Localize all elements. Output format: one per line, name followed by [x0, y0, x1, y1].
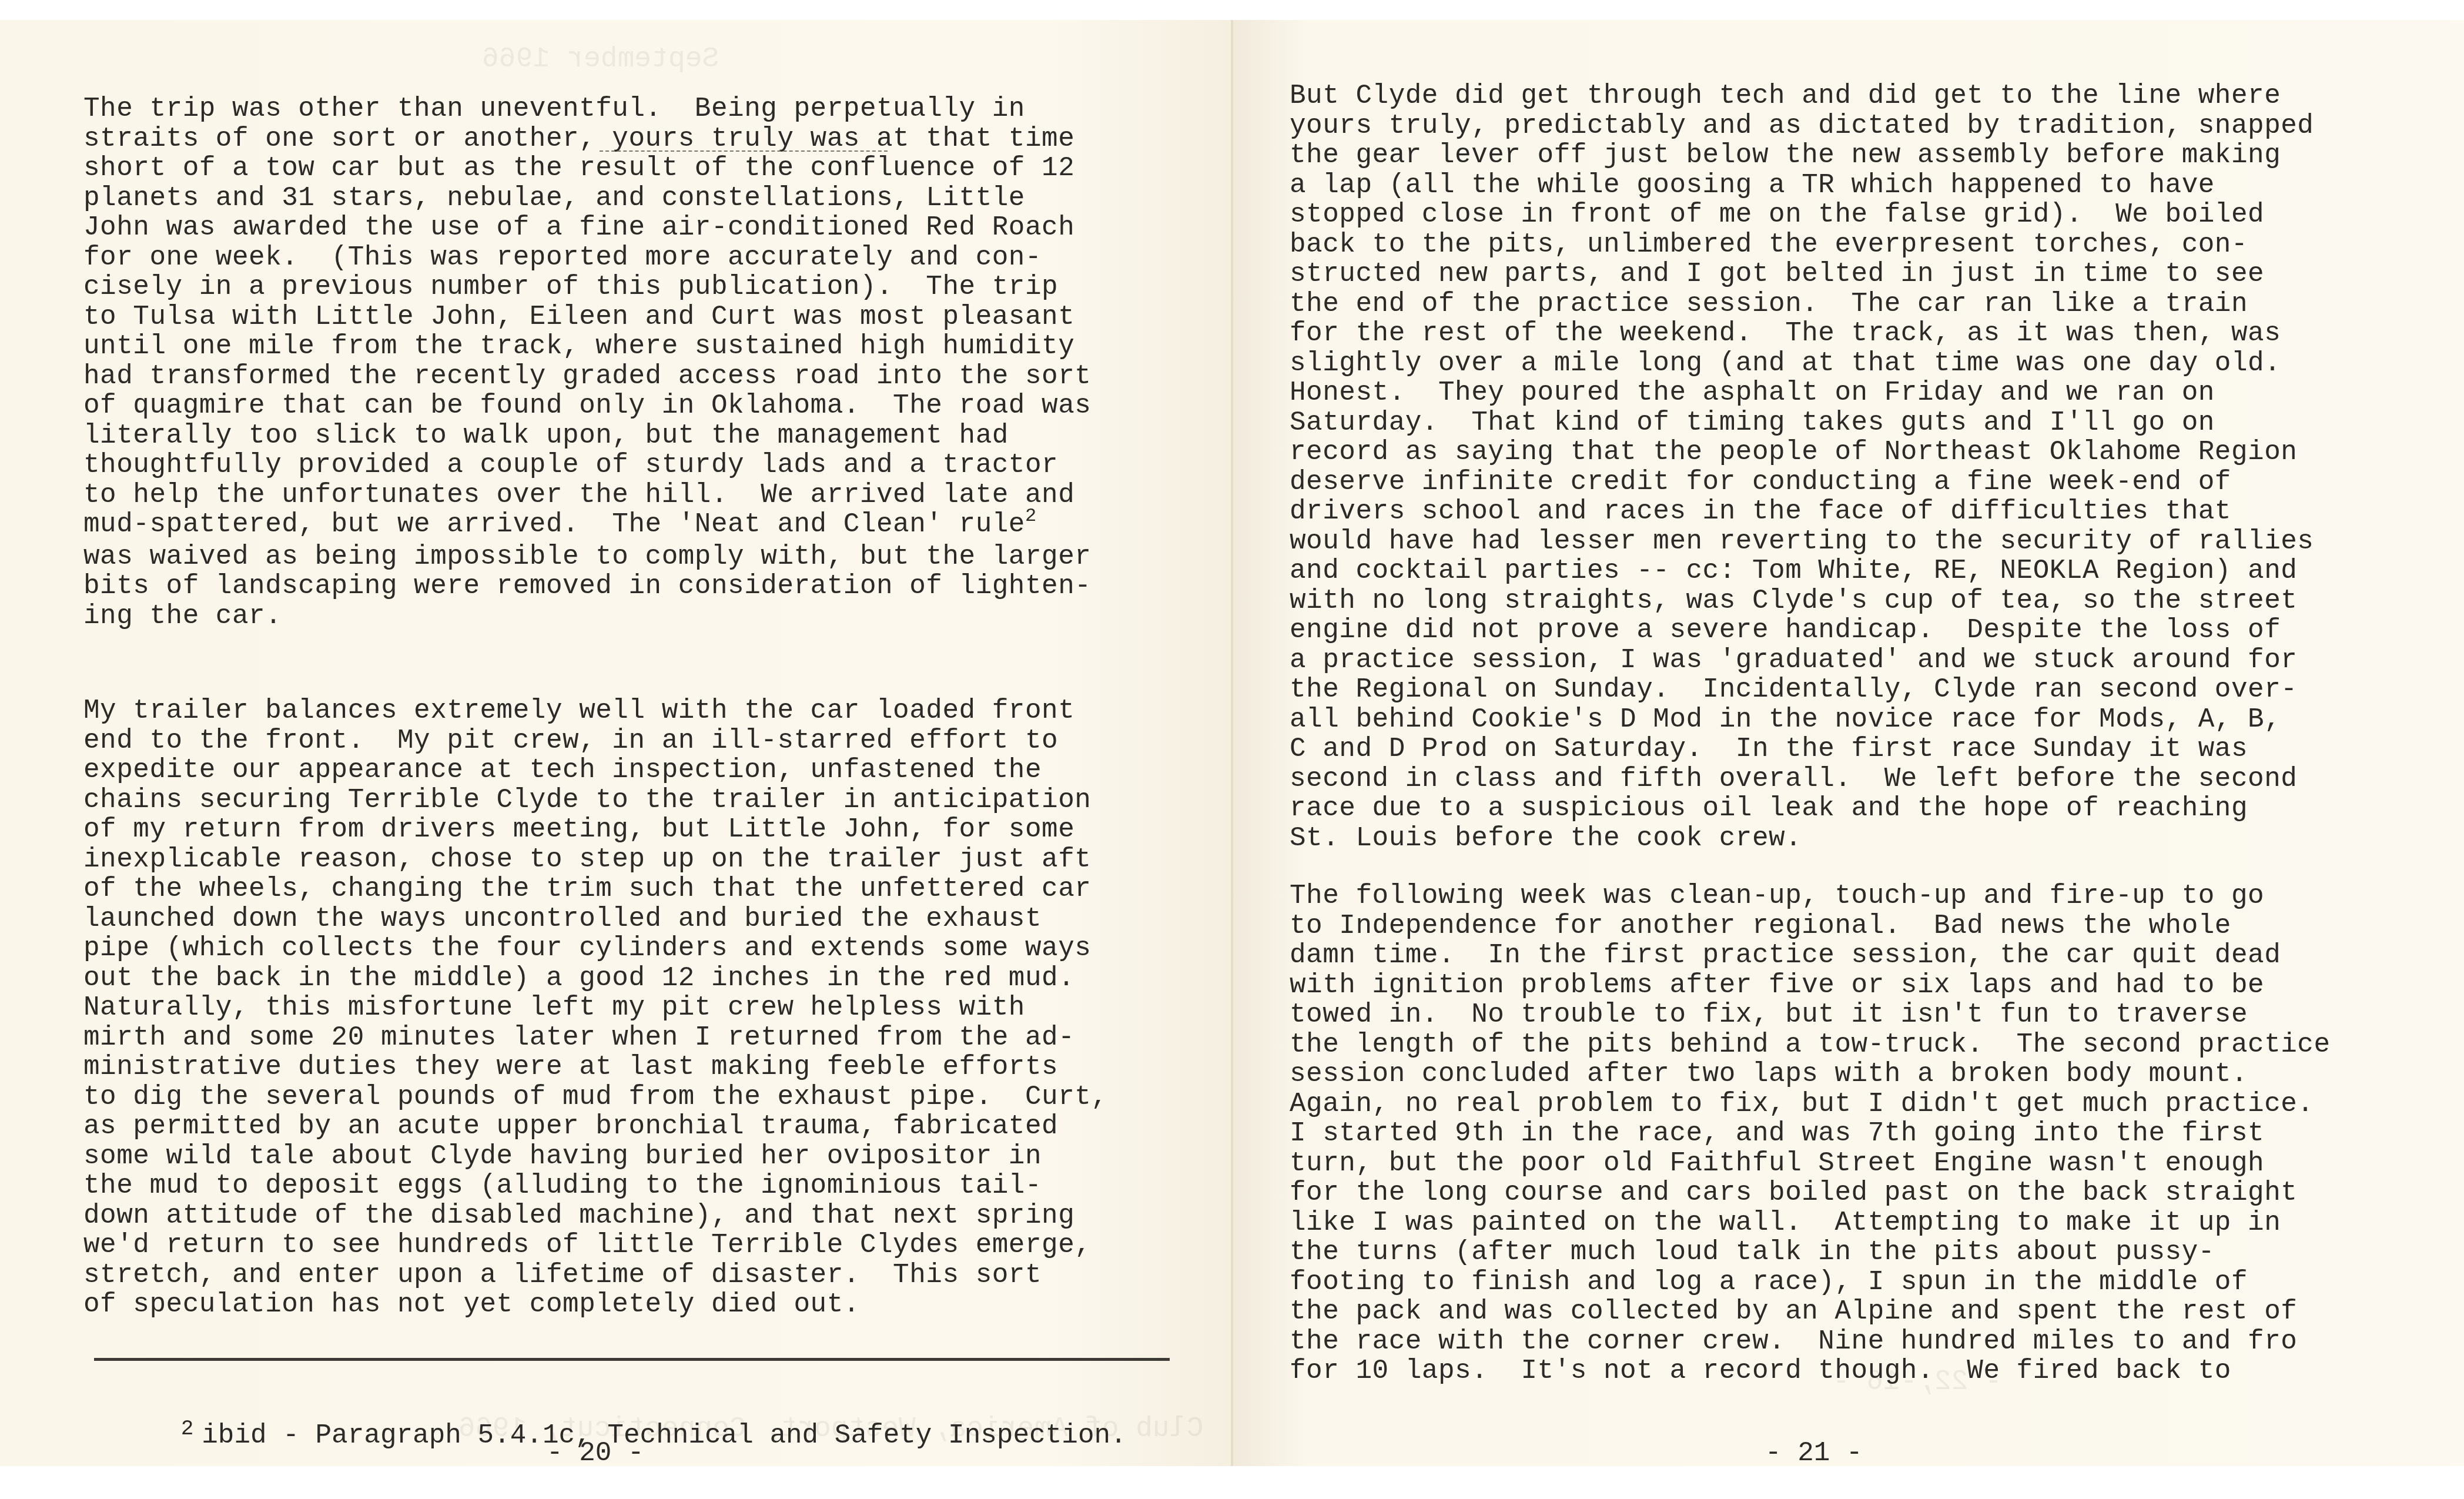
- text-line: yours truly, predictably and as dictated…: [1290, 111, 2314, 141]
- text-line: C and D Prod on Saturday. In the first r…: [1290, 734, 2314, 764]
- text-line: ing the car.: [83, 601, 1091, 631]
- text-line: had transformed the recently graded acce…: [83, 362, 1091, 392]
- text-line: pipe (which collects the four cylinders …: [83, 933, 1107, 963]
- text-line: with no long straights, was Clyde's cup …: [1290, 586, 2314, 616]
- text-line: slightly over a mile long (and at that t…: [1290, 349, 2314, 379]
- text-line: and cocktail parties -- cc: Tom White, R…: [1290, 556, 2314, 586]
- text-line: towed in. No trouble to fix, but it isn'…: [1290, 1000, 2331, 1030]
- text-line: a lap (all the while goosing a TR which …: [1290, 170, 2314, 200]
- text-line: St. Louis before the cook crew.: [1290, 824, 2314, 854]
- text-line: damn time. In the first practice session…: [1290, 941, 2331, 971]
- text-line: with ignition problems after five or six…: [1290, 971, 2331, 1001]
- text-line: My trailer balances extremely well with …: [83, 696, 1107, 726]
- text-line: record as saying that the people of Nort…: [1290, 437, 2314, 467]
- text-line: the length of the pits behind a tow-truc…: [1290, 1030, 2331, 1060]
- text-line: thoughtfully provided a couple of sturdy…: [83, 450, 1091, 480]
- text-line: chains securing Terrible Clyde to the tr…: [83, 785, 1107, 815]
- text-line: deserve infinite credit for conducting a…: [1290, 467, 2314, 497]
- text-line: end to the front. My pit crew, in an ill…: [83, 726, 1107, 756]
- footnote-separator: [94, 1358, 1170, 1361]
- booklet-spread: September 1966 Club of America, Westport…: [0, 20, 2464, 1466]
- text-line: cisely in a previous number of this publ…: [83, 272, 1091, 302]
- text-line: engine did not prove a severe handicap. …: [1290, 615, 2314, 645]
- footnote-mark: 2: [181, 1417, 194, 1441]
- text-line: the turns (after much loud talk in the p…: [1290, 1237, 2331, 1267]
- text-line: Naturally, this misfortune left my pit c…: [83, 993, 1107, 1023]
- text-line: the end of the practice session. The car…: [1290, 289, 2314, 319]
- text-line: like I was painted on the wall. Attempti…: [1290, 1208, 2331, 1238]
- text-line: second in class and fifth overall. We le…: [1290, 764, 2314, 794]
- right-page: - 22,-16 - But Clyde did get through tec…: [1233, 20, 2464, 1466]
- text-line: to help the unfortunates over the hill. …: [83, 480, 1091, 510]
- text-line: of the wheels, changing the trim such th…: [83, 874, 1107, 904]
- text-line: out the back in the middle) a good 12 in…: [83, 963, 1107, 993]
- text-line: structed new parts, and I got belted in …: [1290, 259, 2314, 289]
- text-line: turn, but the poor old Faithful Street E…: [1290, 1149, 2331, 1179]
- text-line: back to the pits, unlimbered the everpre…: [1290, 230, 2314, 260]
- text-line: bits of landscaping were removed in cons…: [83, 571, 1091, 601]
- text-line: the pack and was collected by an Alpine …: [1290, 1297, 2331, 1327]
- text-line: the Regional on Sunday. Incidentally, Cl…: [1290, 675, 2314, 705]
- text-line: until one mile from the track, where sus…: [83, 332, 1091, 362]
- text-line: footing to finish and log a race), I spu…: [1290, 1267, 2331, 1297]
- text-line: straits of one sort or another, yours tr…: [83, 124, 1091, 154]
- text-line: planets and 31 stars, nebulae, and const…: [83, 183, 1091, 213]
- text-line: stopped close in front of me on the fals…: [1290, 200, 2314, 230]
- page-number-left: - 20 -: [547, 1438, 644, 1468]
- text-line: the gear lever off just below the new as…: [1290, 140, 2314, 170]
- text-line: race due to a suspicious oil leak and th…: [1290, 794, 2314, 824]
- text-line: mud-spattered, but we arrived. The 'Neat…: [83, 510, 1091, 542]
- text-line: of my return from drivers meeting, but L…: [83, 815, 1107, 845]
- text-line: literally too slick to walk upon, but th…: [83, 421, 1091, 451]
- text-line: for one week. (This was reported more ac…: [83, 243, 1091, 273]
- text-line: Again, no real problem to fix, but I did…: [1290, 1089, 2331, 1119]
- text-line: as permitted by an acute upper bronchial…: [83, 1112, 1107, 1142]
- text-line: the mud to deposit eggs (alluding to the…: [83, 1171, 1107, 1201]
- left-body-paragraph-1: The trip was other than uneventful. Bein…: [83, 94, 1091, 631]
- text-line: of quagmire that can be found only in Ok…: [83, 391, 1091, 421]
- text-line: Saturday. That kind of timing takes guts…: [1290, 408, 2314, 438]
- left-page: September 1966 Club of America, Westport…: [0, 20, 1233, 1466]
- text-line: mirth and some 20 minutes later when I r…: [83, 1023, 1107, 1053]
- text-line: to dig the several pounds of mud from th…: [83, 1082, 1107, 1112]
- left-body-paragraph-2: My trailer balances extremely well with …: [83, 696, 1107, 1320]
- text-line: to Independence for another regional. Ba…: [1290, 911, 2331, 941]
- text-line: But Clyde did get through tech and did g…: [1290, 81, 2314, 111]
- text-line: The following week was clean-up, touch-u…: [1290, 881, 2331, 911]
- text-line: for 10 laps. It's not a record though. W…: [1290, 1356, 2331, 1386]
- text-line: drivers school and races in the face of …: [1290, 497, 2314, 527]
- text-line: Honest. They poured the asphalt on Frida…: [1290, 378, 2314, 408]
- text-line: would have had lesser men reverting to t…: [1290, 527, 2314, 557]
- text-line: John was awarded the use of a fine air-c…: [83, 213, 1091, 243]
- text-line: of speculation has not yet completely di…: [83, 1290, 1107, 1320]
- text-line: a practice session, I was 'graduated' an…: [1290, 645, 2314, 675]
- text-line: some wild tale about Clyde having buried…: [83, 1142, 1107, 1172]
- text-line: I started 9th in the race, and was 7th g…: [1290, 1119, 2331, 1149]
- page-number-right: - 21 -: [1765, 1438, 1863, 1468]
- text-line: we'd return to see hundreds of little Te…: [83, 1230, 1107, 1260]
- text-line: to Tulsa with Little John, Eileen and Cu…: [83, 302, 1091, 332]
- text-line: for the long course and cars boiled past…: [1290, 1178, 2331, 1208]
- text-line: stretch, and enter upon a lifetime of di…: [83, 1260, 1107, 1290]
- strikeout-rule: [600, 150, 888, 152]
- footnote-text: ibid - Paragraph 5.4.1c, Technical and S…: [202, 1420, 1126, 1451]
- text-line: expedite our appearance at tech inspecti…: [83, 755, 1107, 785]
- text-line: was waived as being impossible to comply…: [83, 542, 1091, 572]
- text-line: all behind Cookie's D Mod in the novice …: [1290, 705, 2314, 735]
- text-line: inexplicable reason, chose to step up on…: [83, 845, 1107, 875]
- footnote-reference: 2: [1025, 505, 1037, 527]
- show-through-header: September 1966: [482, 44, 719, 75]
- text-line: ministrative duties they were at last ma…: [83, 1052, 1107, 1082]
- right-body-paragraph-1: But Clyde did get through tech and did g…: [1290, 81, 2314, 853]
- text-line: The trip was other than uneventful. Bein…: [83, 94, 1091, 124]
- text-line: launched down the ways uncontrolled and …: [83, 904, 1107, 934]
- text-line: the race with the corner crew. Nine hund…: [1290, 1327, 2331, 1357]
- text-line: down attitude of the disabled machine), …: [83, 1201, 1107, 1231]
- text-line: for the rest of the weekend. The track, …: [1290, 319, 2314, 349]
- right-body-paragraph-2: The following week was clean-up, touch-u…: [1290, 881, 2331, 1386]
- text-line: session concluded after two laps with a …: [1290, 1059, 2331, 1089]
- text-line: short of a tow car but as the result of …: [83, 153, 1091, 183]
